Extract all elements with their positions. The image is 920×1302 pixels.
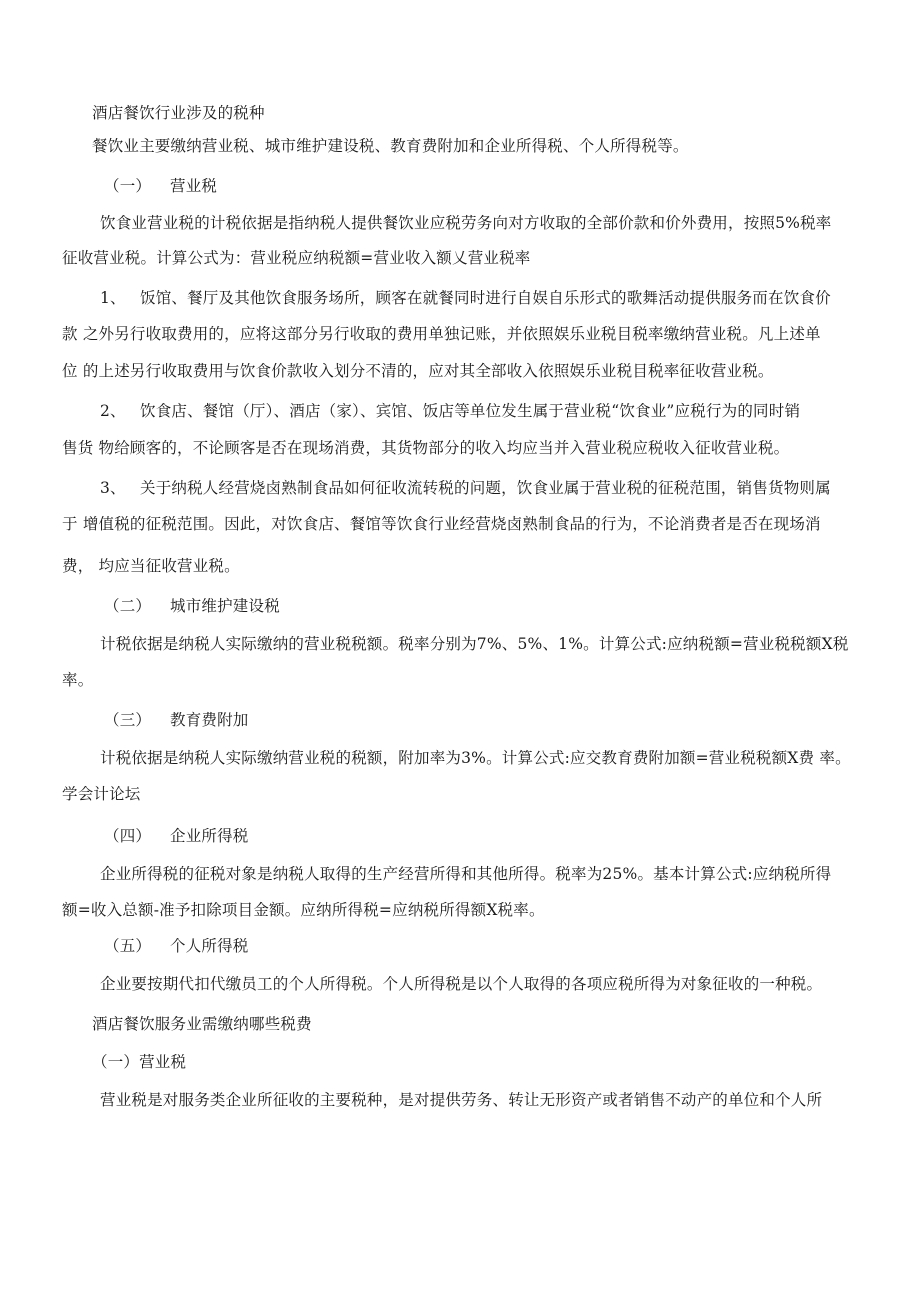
section-title: 企业所得税 [170,827,249,845]
section-heading-4: （四）企业所得税 [104,826,249,846]
paragraph-line: 征收营业税。计算公式为：营业税应纳税额=营业收入额乂营业税率 [62,248,531,268]
paragraph-line: 率。 [62,670,93,690]
paragraph-line: 售货 物给顾客的，不论顾客是否在现场消费，其货物部分的收入均应当并入营业税应税收… [62,438,789,458]
list-item-2: 2、饮食店、餐馆（厅）、酒店（家）、宾馆、饭店等单位发生属于营业税“饮食业”应税… [100,401,800,421]
paragraph-line: 于 增值税的征税范围。因此，对饮食店、餐馆等饮食行业经营烧卤熟制食品的行为，不论… [62,514,821,534]
paragraph-line: 计税依据是纳税人实际缴纳营业税的税额，附加率为3%。计算公式:应交教育费附加额=… [100,748,851,768]
paragraph-line: 计税依据是纳税人实际缴纳的营业税税额。税率分别为7%、5%、1%。计算公式:应纳… [100,634,849,654]
section-marker: （二） [104,596,170,616]
section-heading-5: （五）个人所得税 [104,936,249,956]
item-number: 1、 [100,288,140,308]
part2-subheading: （一）营业税 [92,1052,186,1072]
paragraph-line: 款 之外另行收取费用的，应将这部分另行收取的费用单独记账，并依照娱乐业税目税率缴… [62,324,821,344]
item-number: 2、 [100,401,140,421]
intro-paragraph: 餐饮业主要缴纳营业税、城市维护建设税、教育费附加和企业所得税、个人所得税等。 [92,136,689,156]
section-heading-2: （二）城市维护建设税 [104,596,280,616]
section-marker: （一） [104,176,170,196]
section-title: 教育费附加 [170,711,249,729]
section-heading-1: （一）营业税 [104,176,217,196]
section-title: 个人所得税 [170,937,249,955]
part2-title: 酒店餐饮服务业需缴纳哪些税费 [92,1014,312,1034]
list-item-1: 1、饭馆、餐厅及其他饮食服务场所，顾客在就餐同时进行自娱自乐形式的歌舞活动提供服… [100,288,831,308]
paragraph-line: 额=收入总额-准予扣除项目金额。应纳所得税=应纳税所得额X税率。 [62,900,545,920]
paragraph-line: 饭馆、餐厅及其他饮食服务场所，顾客在就餐同时进行自娱自乐形式的歌舞活动提供服务而… [140,289,831,307]
paragraph-line: 企业所得税的征税对象是纳税人取得的生产经营所得和其他所得。税率为25%。基本计算… [100,864,831,884]
section-marker: （五） [104,936,170,956]
section-title: 城市维护建设税 [170,597,280,615]
paragraph-line: 关于纳税人经营烧卤熟制食品如何征收流转税的问题，饮食业属于营业税的征税范围，销售… [140,479,831,497]
list-item-3: 3、关于纳税人经营烧卤熟制食品如何征收流转税的问题，饮食业属于营业税的征税范围，… [100,478,831,498]
section-heading-3: （三）教育费附加 [104,710,249,730]
section-marker: （四） [104,826,170,846]
document-page: 酒店餐饮行业涉及的税种 餐饮业主要缴纳营业税、城市维护建设税、教育费附加和企业所… [0,0,920,1302]
paragraph-line: 企业要按期代扣代缴员工的个人所得税。个人所得税是以个人取得的各项应税所得为对象征… [100,974,822,994]
paragraph-line: 学会计论坛 [62,784,141,804]
section-marker: （三） [104,710,170,730]
document-title: 酒店餐饮行业涉及的税种 [92,103,265,123]
item-number: 3、 [100,478,140,498]
paragraph-line: 饮食店、餐馆（厅）、酒店（家）、宾馆、饭店等单位发生属于营业税“饮食业”应税行为… [140,402,800,420]
section-title: 营业税 [170,177,217,195]
paragraph-line: 费， 均应当征收营业税。 [62,556,240,576]
paragraph-line: 饮食业营业税的计税依据是指纳税人提供餐饮业应税劳务向对方收取的全部价款和价外费用… [100,213,832,233]
paragraph-line: 位 的上述另行收取费用与饮食价款收入划分不清的，应对其全部收入依照娱乐业税目税率… [62,361,774,381]
paragraph-line: 营业税是对服务类企业所征收的主要税种，是对提供劳务、转让无形资产或者销售不动产的… [100,1090,822,1110]
